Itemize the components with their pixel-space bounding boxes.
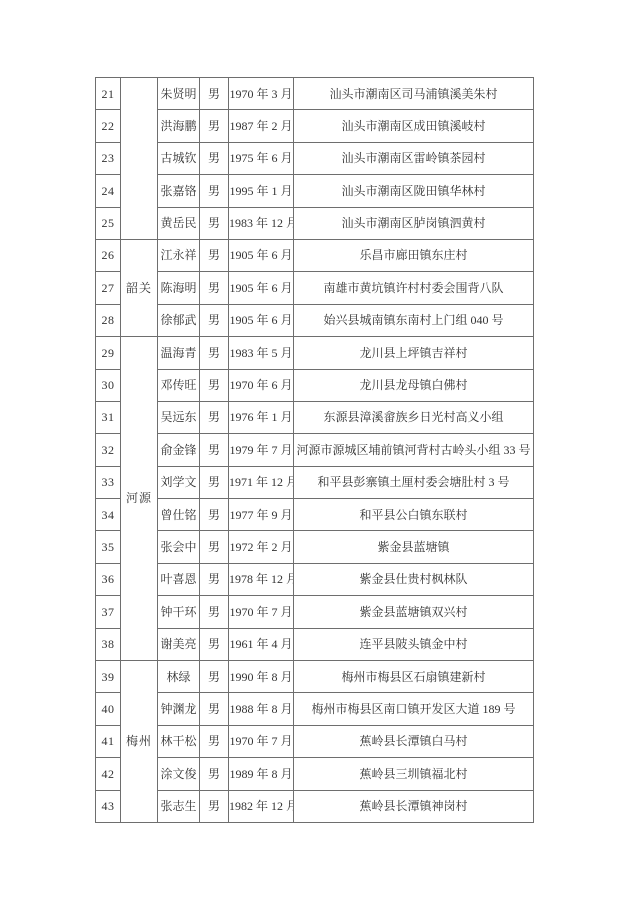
birth-date-cell: 1983 年 5 月: [229, 337, 294, 369]
table-row: 36叶喜恩男1978 年 12 月紫金县仕贵村枫林队: [96, 563, 534, 595]
name-cell: 温海青: [158, 337, 200, 369]
address-cell: 紫金县蓝塘镇双兴村: [294, 596, 534, 628]
row-number-cell: 23: [96, 142, 121, 174]
name-cell: 张嘉铬: [158, 175, 200, 207]
birth-date-cell: 1979 年 7 月: [229, 434, 294, 466]
table-row: 23古城钦男1975 年 6 月汕头市潮南区雷岭镇茶园村: [96, 142, 534, 174]
table-row: 35张会中男1972 年 2 月紫金县蓝塘镇: [96, 531, 534, 563]
address-cell: 龙川县上坪镇吉祥村: [294, 337, 534, 369]
gender-cell: 男: [200, 78, 229, 110]
row-number-cell: 38: [96, 628, 121, 660]
row-number-cell: 42: [96, 758, 121, 790]
gender-cell: 男: [200, 207, 229, 239]
birth-date-cell: 1995 年 1 月: [229, 175, 294, 207]
address-cell: 汕头市潮南区陇田镇华林村: [294, 175, 534, 207]
gender-cell: 男: [200, 790, 229, 822]
row-number-cell: 25: [96, 207, 121, 239]
address-cell: 梅州市梅县区石扇镇建新村: [294, 661, 534, 693]
address-cell: 梅州市梅县区南口镇开发区大道 189 号: [294, 693, 534, 725]
address-cell: 乐昌市廊田镇东庄村: [294, 239, 534, 271]
birth-date-cell: 1961 年 4 月: [229, 628, 294, 660]
gender-cell: 男: [200, 693, 229, 725]
table-row: 33刘学文男1971 年 12 月和平县彭寨镇土厘村委会塘肚村 3 号: [96, 466, 534, 498]
address-cell: 河源市源城区埔前镇河背村古岭头小组 33 号: [294, 434, 534, 466]
birth-date-cell: 1905 年 6 月: [229, 272, 294, 304]
name-cell: 陈海明: [158, 272, 200, 304]
name-cell: 钟干环: [158, 596, 200, 628]
name-cell: 涂文俊: [158, 758, 200, 790]
address-cell: 汕头市潮南区雷岭镇茶园村: [294, 142, 534, 174]
table-body: 21朱贤明男1970 年 3 月汕头市潮南区司马浦镇溪美朱村22洪海鹏男1987…: [96, 78, 534, 823]
row-number-cell: 24: [96, 175, 121, 207]
birth-date-cell: 1970 年 7 月: [229, 596, 294, 628]
name-cell: 朱贤明: [158, 78, 200, 110]
table-row: 22洪海鹏男1987 年 2 月汕头市潮南区成田镇溪岐村: [96, 110, 534, 142]
name-cell: 林绿: [158, 661, 200, 693]
name-cell: 邓传旺: [158, 369, 200, 401]
table-row: 39梅州林绿男1990 年 8 月梅州市梅县区石扇镇建新村: [96, 661, 534, 693]
gender-cell: 男: [200, 369, 229, 401]
address-cell: 汕头市潮南区成田镇溪岐村: [294, 110, 534, 142]
document-page: 21朱贤明男1970 年 3 月汕头市潮南区司马浦镇溪美朱村22洪海鹏男1987…: [0, 0, 640, 905]
name-cell: 刘学文: [158, 466, 200, 498]
birth-date-cell: 1905 年 6 月: [229, 239, 294, 271]
row-number-cell: 43: [96, 790, 121, 822]
name-cell: 曾仕铭: [158, 499, 200, 531]
address-cell: 南雄市黄坑镇许村村委会围背八队: [294, 272, 534, 304]
row-number-cell: 35: [96, 531, 121, 563]
gender-cell: 男: [200, 434, 229, 466]
table-row: 28徐郁武男1905 年 6 月始兴县城南镇东南村上门组 040 号: [96, 304, 534, 336]
name-cell: 谢美亮: [158, 628, 200, 660]
table-row: 26韶关江永祥男1905 年 6 月乐昌市廊田镇东庄村: [96, 239, 534, 271]
birth-date-cell: 1983 年 12 月: [229, 207, 294, 239]
address-cell: 蕉岭县长潭镇神岗村: [294, 790, 534, 822]
birth-date-cell: 1982 年 12 月: [229, 790, 294, 822]
row-number-cell: 27: [96, 272, 121, 304]
table-row: 21朱贤明男1970 年 3 月汕头市潮南区司马浦镇溪美朱村: [96, 78, 534, 110]
gender-cell: 男: [200, 725, 229, 757]
row-number-cell: 30: [96, 369, 121, 401]
address-cell: 和平县彭寨镇土厘村委会塘肚村 3 号: [294, 466, 534, 498]
row-number-cell: 22: [96, 110, 121, 142]
address-cell: 紫金县仕贵村枫林队: [294, 563, 534, 595]
gender-cell: 男: [200, 499, 229, 531]
address-cell: 龙川县龙母镇白佛村: [294, 369, 534, 401]
name-cell: 俞金锋: [158, 434, 200, 466]
birth-date-cell: 1987 年 2 月: [229, 110, 294, 142]
birth-date-cell: 1970 年 7 月: [229, 725, 294, 757]
table-row: 43张志生男1982 年 12 月蕉岭县长潭镇神岗村: [96, 790, 534, 822]
gender-cell: 男: [200, 563, 229, 595]
row-number-cell: 28: [96, 304, 121, 336]
row-number-cell: 34: [96, 499, 121, 531]
row-number-cell: 37: [96, 596, 121, 628]
row-number-cell: 26: [96, 239, 121, 271]
birth-date-cell: 1970 年 6 月: [229, 369, 294, 401]
table-row: 30邓传旺男1970 年 6 月龙川县龙母镇白佛村: [96, 369, 534, 401]
address-cell: 和平县公白镇东联村: [294, 499, 534, 531]
gender-cell: 男: [200, 401, 229, 433]
region-cell: 河源: [121, 337, 158, 661]
birth-date-cell: 1988 年 8 月: [229, 693, 294, 725]
gender-cell: 男: [200, 142, 229, 174]
name-cell: 张会中: [158, 531, 200, 563]
gender-cell: 男: [200, 596, 229, 628]
row-number-cell: 33: [96, 466, 121, 498]
table-row: 38谢美亮男1961 年 4 月连平县陂头镇金中村: [96, 628, 534, 660]
gender-cell: 男: [200, 531, 229, 563]
name-cell: 江永祥: [158, 239, 200, 271]
gender-cell: 男: [200, 175, 229, 207]
address-cell: 紫金县蓝塘镇: [294, 531, 534, 563]
birth-date-cell: 1905 年 6 月: [229, 304, 294, 336]
address-cell: 汕头市潮南区司马浦镇溪美朱村: [294, 78, 534, 110]
table-row: 40钟渊龙男1988 年 8 月梅州市梅县区南口镇开发区大道 189 号: [96, 693, 534, 725]
gender-cell: 男: [200, 239, 229, 271]
address-cell: 蕉岭县三圳镇福北村: [294, 758, 534, 790]
birth-date-cell: 1972 年 2 月: [229, 531, 294, 563]
birth-date-cell: 1971 年 12 月: [229, 466, 294, 498]
name-cell: 钟渊龙: [158, 693, 200, 725]
birth-date-cell: 1978 年 12 月: [229, 563, 294, 595]
roster-table: 21朱贤明男1970 年 3 月汕头市潮南区司马浦镇溪美朱村22洪海鹏男1987…: [95, 77, 534, 823]
name-cell: 黄岳民: [158, 207, 200, 239]
table-row: 34曾仕铭男1977 年 9 月和平县公白镇东联村: [96, 499, 534, 531]
address-cell: 汕头市潮南区胪岗镇泗黄村: [294, 207, 534, 239]
name-cell: 叶喜恩: [158, 563, 200, 595]
gender-cell: 男: [200, 466, 229, 498]
row-number-cell: 29: [96, 337, 121, 369]
gender-cell: 男: [200, 628, 229, 660]
name-cell: 洪海鹏: [158, 110, 200, 142]
region-cell: 梅州: [121, 661, 158, 823]
gender-cell: 男: [200, 758, 229, 790]
birth-date-cell: 1976 年 1 月: [229, 401, 294, 433]
table-row: 29河源温海青男1983 年 5 月龙川县上坪镇吉祥村: [96, 337, 534, 369]
birth-date-cell: 1989 年 8 月: [229, 758, 294, 790]
table-row: 41林干松男1970 年 7 月蕉岭县长潭镇白马村: [96, 725, 534, 757]
name-cell: 林干松: [158, 725, 200, 757]
address-cell: 蕉岭县长潭镇白马村: [294, 725, 534, 757]
table-row: 37钟干环男1970 年 7 月紫金县蓝塘镇双兴村: [96, 596, 534, 628]
name-cell: 徐郁武: [158, 304, 200, 336]
birth-date-cell: 1975 年 6 月: [229, 142, 294, 174]
gender-cell: 男: [200, 110, 229, 142]
address-cell: 连平县陂头镇金中村: [294, 628, 534, 660]
name-cell: 吴远东: [158, 401, 200, 433]
address-cell: 始兴县城南镇东南村上门组 040 号: [294, 304, 534, 336]
row-number-cell: 31: [96, 401, 121, 433]
gender-cell: 男: [200, 304, 229, 336]
name-cell: 古城钦: [158, 142, 200, 174]
row-number-cell: 21: [96, 78, 121, 110]
gender-cell: 男: [200, 337, 229, 369]
table-row: 24张嘉铬男1995 年 1 月汕头市潮南区陇田镇华林村: [96, 175, 534, 207]
row-number-cell: 39: [96, 661, 121, 693]
row-number-cell: 40: [96, 693, 121, 725]
birth-date-cell: 1970 年 3 月: [229, 78, 294, 110]
row-number-cell: 36: [96, 563, 121, 595]
region-cell: [121, 78, 158, 240]
region-cell: 韶关: [121, 239, 158, 336]
table-row: 31吴远东男1976 年 1 月东源县漳溪畲族乡日光村高义小组: [96, 401, 534, 433]
name-cell: 张志生: [158, 790, 200, 822]
birth-date-cell: 1977 年 9 月: [229, 499, 294, 531]
table-row: 42涂文俊男1989 年 8 月蕉岭县三圳镇福北村: [96, 758, 534, 790]
gender-cell: 男: [200, 272, 229, 304]
address-cell: 东源县漳溪畲族乡日光村高义小组: [294, 401, 534, 433]
table-row: 32俞金锋男1979 年 7 月河源市源城区埔前镇河背村古岭头小组 33 号: [96, 434, 534, 466]
birth-date-cell: 1990 年 8 月: [229, 661, 294, 693]
gender-cell: 男: [200, 661, 229, 693]
table-row: 27陈海明男1905 年 6 月南雄市黄坑镇许村村委会围背八队: [96, 272, 534, 304]
row-number-cell: 32: [96, 434, 121, 466]
row-number-cell: 41: [96, 725, 121, 757]
table-row: 25黄岳民男1983 年 12 月汕头市潮南区胪岗镇泗黄村: [96, 207, 534, 239]
